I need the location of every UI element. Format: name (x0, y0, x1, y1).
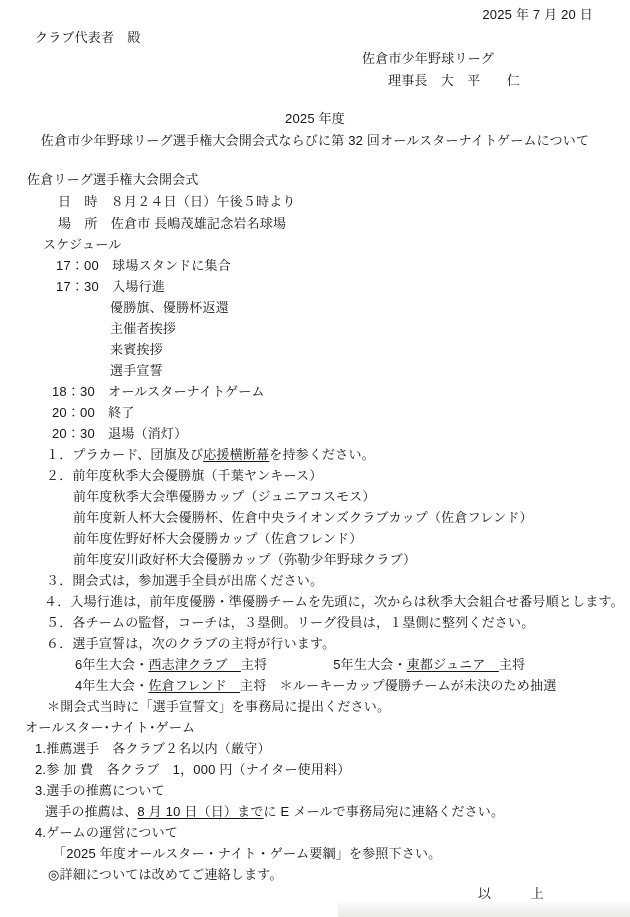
grade5-label: 5年生大会・ (333, 657, 406, 672)
sender-org: 佐倉市少年野球リーグ (362, 51, 494, 66)
note-6-oath-submit: ＊開会式当時に「選手宣誓文」を事務局に提出ください。 (47, 699, 390, 714)
grade6-label: 6年生大会・ (75, 657, 148, 672)
subject-title: 佐倉市少年野球リーグ選手権大会開会式ならびに第 32 回オールスターナイトゲーム… (0, 133, 630, 148)
date-line: 2025 年 7 月 20 日 (482, 7, 593, 22)
procession-item: 選手宣誓 (110, 363, 163, 378)
note-1-post: を持参ください。 (269, 447, 375, 462)
procession-item: 主催者挨拶 (110, 321, 176, 336)
note-6: ６．選手宣誓は，次のクラブの主将が行います。 (46, 636, 335, 651)
note-5: ５．各チームの監督，コーチは，３塁側。リーグ役員は，１塁側に整列ください。 (46, 615, 534, 630)
note-6-captains-line-2: 4年生大会・佐倉フレンド 主将 ＊ルーキーカップ優勝チームが未決のため抽選 (75, 678, 556, 693)
allstar-heading: オールスター･ナイト･ゲーム (25, 720, 195, 735)
grade4-label: 4年生大会・ (75, 678, 148, 693)
schedule-line-1830: 18：30 オールスターナイトゲーム (52, 384, 265, 399)
closing-line: 以 上 (478, 886, 544, 901)
allstar-item-3: 3.選手の推薦について (35, 783, 165, 798)
schedule-line-2000: 20：00 終了 (52, 405, 135, 420)
recommend-pre: 選手の推薦は、 (45, 804, 137, 819)
ceremony-heading: 佐倉リーグ選手権大会開会式 (27, 172, 199, 187)
allstar-item-4: 4.ゲームの運営について (35, 825, 178, 840)
procession-item: 優勝旗、優勝杯返還 (110, 300, 229, 315)
note-2-sub: 前年度新人杯大会優勝杯、佐倉中央ライオンズクラブカップ（佐倉フレンド） (73, 510, 533, 525)
grade6-club-underline: 西志津クラブ (148, 657, 240, 672)
grade4-club-underline: 佐倉フレンド (148, 678, 240, 693)
recommend-post: に E メールで事務局宛に連絡ください。 (264, 804, 505, 819)
note-3: ３．開会式は，参加選手全員が出席ください。 (46, 573, 323, 588)
deadline-underline: 8 月 10 日（日）まで (137, 804, 263, 819)
ceremony-venue: 場 所 佐倉市 長嶋茂雄記念岩名球場 (58, 216, 286, 231)
grade5-captain: 主将 (499, 657, 525, 672)
note-1-pre: １．プラカード、団旗及び (46, 447, 203, 462)
grade5-club-underline: 東都ジュニア (407, 657, 499, 672)
allstar-note: ◎詳細については改めてご連絡します。 (48, 867, 283, 882)
document-page: 2025 年 7 月 20 日 クラブ代表者 殿 佐倉市少年野球リーグ 理事長 … (0, 0, 630, 917)
grade4-captain: 主将 ＊ルーキーカップ優勝チームが未決のため抽選 (240, 678, 556, 693)
schedule-heading: スケジュール (43, 237, 121, 252)
allstar-item-4-detail: 「2025 年度オールスター・ナイト・ゲーム要綱」を参照下さい。 (53, 846, 441, 861)
note-2-sub: 前年度秋季大会準優勝カップ（ジュニアコスモス） (73, 489, 376, 504)
note-2-sub: 前年度安川政好杯大会優勝カップ（弥勒少年野球クラブ） (73, 552, 416, 567)
schedule-line-1700: 17：00 球場スタンドに集合 (56, 258, 231, 273)
recipient-line: クラブ代表者 殿 (35, 30, 141, 45)
allstar-item-1: 1.推薦選手 各クラブ２名以内（厳守） (35, 741, 271, 756)
note-2-sub: 前年度佐野好杯大会優勝カップ（佐倉フレンド） (73, 531, 362, 546)
note-1: １．プラカード、団旗及び応援横断幕を持参ください。 (46, 447, 375, 462)
note-1-underline: 応援横断幕 (203, 447, 269, 462)
note-2: ２．前年度秋季大会優勝旗（千葉ヤンキース） (46, 468, 322, 483)
schedule-line-1730: 17：30 入場行進 (56, 279, 165, 294)
ceremony-datetime: 日 時 ８月２４日（日）午後５時より (58, 194, 296, 209)
note-4: ４．入場行進は，前年度優勝・準優勝チームを先頭に，次からは秋季大会組合せ番号順と… (44, 594, 624, 609)
procession-item: 来賓挨拶 (110, 342, 163, 357)
grade6-captain: 主将 (241, 657, 333, 672)
allstar-item-2: 2.参 加 費 各クラブ 1，000 円（ナイター使用料） (35, 762, 351, 777)
subject-year: 2025 年度 (0, 111, 630, 126)
scan-shadow (338, 902, 630, 917)
note-6-captains-line-1: 6年生大会・西志津クラブ 主将 5年生大会・東都ジュニア 主将 (75, 657, 525, 672)
allstar-item-3-detail: 選手の推薦は、8 月 10 日（日）までに E メールで事務局宛に連絡ください。 (45, 804, 504, 819)
sender-person: 理事長 大 平 仁 (388, 73, 520, 88)
schedule-line-2030: 20：30 退場（消灯） (52, 426, 187, 441)
